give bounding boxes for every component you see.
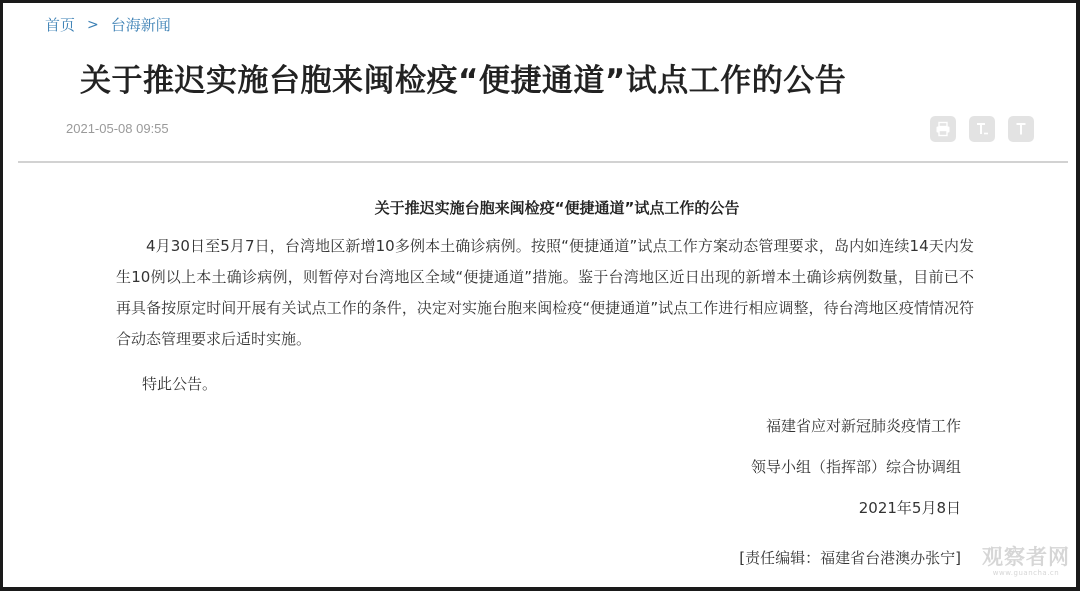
article-heading: 关于推迟实施台胞来闽检疫“便捷通道”试点工作的公告 xyxy=(3,197,1076,218)
breadcrumb: 首页 > 台海新闻 xyxy=(45,14,171,35)
print-icon xyxy=(935,121,951,137)
responsible-editor: [责任编辑：福建省台港澳办张宁] xyxy=(739,547,961,568)
publish-date: 2021-05-08 09:55 xyxy=(66,121,169,136)
font-increase-button[interactable] xyxy=(1008,116,1034,142)
print-button[interactable] xyxy=(930,116,956,142)
breadcrumb-taiwan-news-link[interactable]: 台海新闻 xyxy=(111,14,171,35)
signature-line-1: 福建省应对新冠肺炎疫情工作 xyxy=(766,415,961,436)
article-paragraph: 4月30日至5月7日，台湾地区新增10多例本土确诊病例。按照“便捷通道”试点工作… xyxy=(116,231,974,355)
page-frame: 首页 > 台海新闻 关于推迟实施台胞来闽检疫“便捷通道”试点工作的公告 2021… xyxy=(3,3,1076,587)
font-decrease-icon xyxy=(974,121,990,137)
signature-date: 2021年5月8日 xyxy=(859,497,961,518)
article-toolbar xyxy=(930,116,1034,142)
header-divider xyxy=(18,161,1068,163)
watermark-logo-text: 观察者网 xyxy=(982,541,1070,571)
watermark-url: www.guancha.cn xyxy=(982,569,1070,577)
article-closing: 特此公告。 xyxy=(142,373,217,394)
font-decrease-button[interactable] xyxy=(969,116,995,142)
breadcrumb-separator: > xyxy=(87,17,99,33)
font-increase-icon xyxy=(1013,121,1029,137)
breadcrumb-home-link[interactable]: 首页 xyxy=(45,14,75,35)
page-title: 关于推迟实施台胞来闽检疫“便捷通道”试点工作的公告 xyxy=(80,55,846,100)
article-body: 4月30日至5月7日，台湾地区新增10多例本土确诊病例。按照“便捷通道”试点工作… xyxy=(116,231,974,355)
signature-line-2: 领导小组（指挥部）综合协调组 xyxy=(751,456,961,477)
watermark: 观察者网 www.guancha.cn xyxy=(982,541,1070,577)
